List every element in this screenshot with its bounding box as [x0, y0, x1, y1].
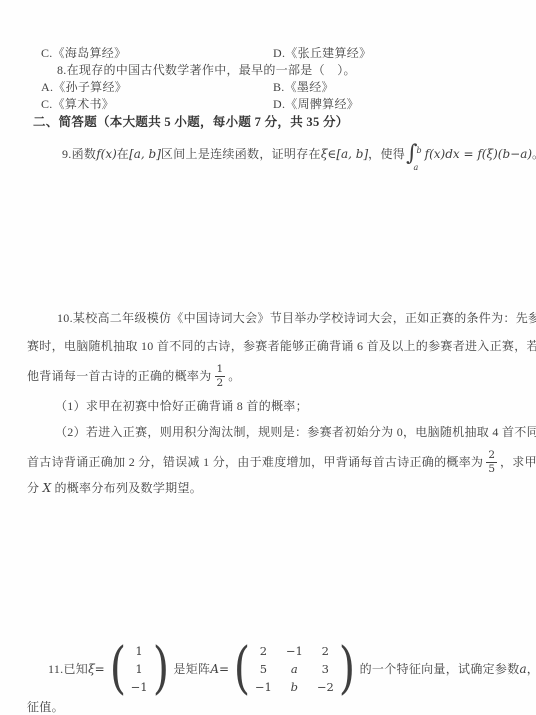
fraction-numerator: 1 [215, 363, 226, 376]
q10-line5: 分 X 的概率分布列及数学期望。 [27, 480, 202, 497]
q11-equals-2: = [219, 661, 229, 678]
q11-comma: ， [527, 661, 536, 678]
q9-text-4: ，使得 [368, 146, 405, 163]
matrix-cell: −1 [286, 642, 303, 660]
fraction-denominator: 2 [215, 376, 226, 390]
q11-text-3: 的一个特征向量，试确定参数 [360, 661, 520, 678]
q9-text-3: 区间上是连续函数，证明存在 [161, 146, 321, 163]
vector-cell: 1 [135, 642, 142, 660]
fraction-two-fifths: 25 [486, 449, 497, 475]
integral-symbol: ∫ba [406, 142, 424, 166]
q11-stem: 11.已知ξ = (11−1)是矩阵A = (2−125a3−1b−2)的一个特… [48, 638, 536, 700]
q10-line4-text: 首古诗背诵正确加 2 分，错误减 1 分，由于难度增加，甲背诵每首古诗正确的概率… [27, 454, 483, 471]
q8-option-c: C.《算术书》 [41, 96, 114, 113]
matrix-cell: 2 [322, 642, 329, 660]
matrix-cell: 5 [260, 660, 267, 678]
vector-cell: −1 [131, 678, 148, 696]
q9-text-1: 9.函数 [62, 146, 96, 163]
q10-line3-text: 他背诵每一首古诗的正确的概率为 [27, 368, 212, 385]
q10-part1: （1）求甲在初赛中恰好正确背诵 8 首的概率； [55, 398, 308, 415]
q11-matrix-name: A [210, 661, 219, 678]
paren-left: ( [234, 644, 250, 694]
q9-text-5: 。 [532, 146, 536, 163]
q10-line4: 首古诗背诵正确加 2 分，错误减 1 分，由于难度增加，甲背诵每首古诗正确的概率… [27, 447, 536, 477]
matrix-cell: 2 [260, 642, 267, 660]
q11-equals-1: = [95, 661, 105, 678]
integral-upper-limit: b [417, 142, 422, 159]
vector-xi: (11−1) [107, 642, 172, 696]
q8-option-a: A.《孙子算经》 [41, 79, 127, 96]
matrix-cell: −2 [317, 678, 334, 696]
q9-xi-in-interval: ξ∈[a, b] [321, 146, 368, 163]
q9-stem: 9.函数 f(x) 在[a, b] 区间上是连续函数，证明存在 ξ∈[a, b]… [62, 140, 536, 168]
vector-cell: 1 [135, 660, 142, 678]
matrix-cell: 3 [322, 660, 329, 678]
q11-xi: ξ [88, 661, 95, 678]
matrix-cell: a [291, 660, 298, 678]
matrix-cell: b [291, 678, 298, 696]
q9-fx: f(x) [96, 146, 117, 163]
fraction-denominator: 5 [486, 462, 497, 476]
q10-variable-x: X [43, 481, 52, 495]
q7-option-c: C.《海岛算经》 [41, 45, 126, 62]
q9-rhs: f(x)dx = f(ξ)(b−a) [425, 146, 532, 163]
integral-lower-limit: a [414, 159, 419, 176]
matrix-cell: −1 [255, 678, 272, 696]
q11-lastline: 征值。 [27, 699, 64, 715]
q10-line3-end: 。 [228, 368, 240, 385]
q8-option-b: B.《墨经》 [273, 79, 334, 96]
paren-right: ) [152, 644, 168, 694]
q10-line4-end: ，求甲在正赛中积 [500, 454, 536, 471]
exam-paper-page: C.《海岛算经》 D.《张丘建算经》 8.在现存的中国古代数学著作中，最早的一部… [0, 0, 536, 715]
q10-part2: （2）若进入正赛，则用积分淘汰制，规则是：参赛者初始分为 0，电脑随机抽取 4 … [55, 424, 536, 441]
q11-text-1: 11.已知 [48, 661, 88, 678]
q7-option-d: D.《张丘建算经》 [273, 45, 371, 62]
q10-line3: 他背诵每一首古诗的正确的概率为12。 [27, 361, 241, 391]
q8-stem: 8.在现存的中国古代数学著作中，最早的一部是（ ）。 [57, 62, 356, 79]
q11-var-a: a [520, 661, 527, 678]
matrix-a: (2−125a3−1b−2) [231, 642, 358, 696]
fraction-numerator: 2 [486, 449, 497, 462]
paren-left: ( [109, 644, 125, 694]
q11-text-2: 是矩阵 [173, 661, 210, 678]
fraction-one-half: 12 [215, 363, 226, 389]
paren-right: ) [338, 644, 354, 694]
q10-line1: 10.某校高二年级模仿《中国诗词大会》节目举办学校诗词大会，正如正赛的条件为：先… [57, 310, 536, 327]
q9-interval-1: [a, b] [129, 146, 161, 163]
q10-line2: 赛时，电脑随机抽取 10 首不同的古诗，参赛者能够正确背诵 6 首及以上的参赛者… [27, 338, 536, 355]
q9-text-2: 在 [117, 146, 129, 163]
q8-option-d: D.《周髀算经》 [273, 96, 359, 113]
section2-heading: 二、简答题（本大题共 5 小题，每小题 7 分，共 35 分） [33, 114, 349, 131]
